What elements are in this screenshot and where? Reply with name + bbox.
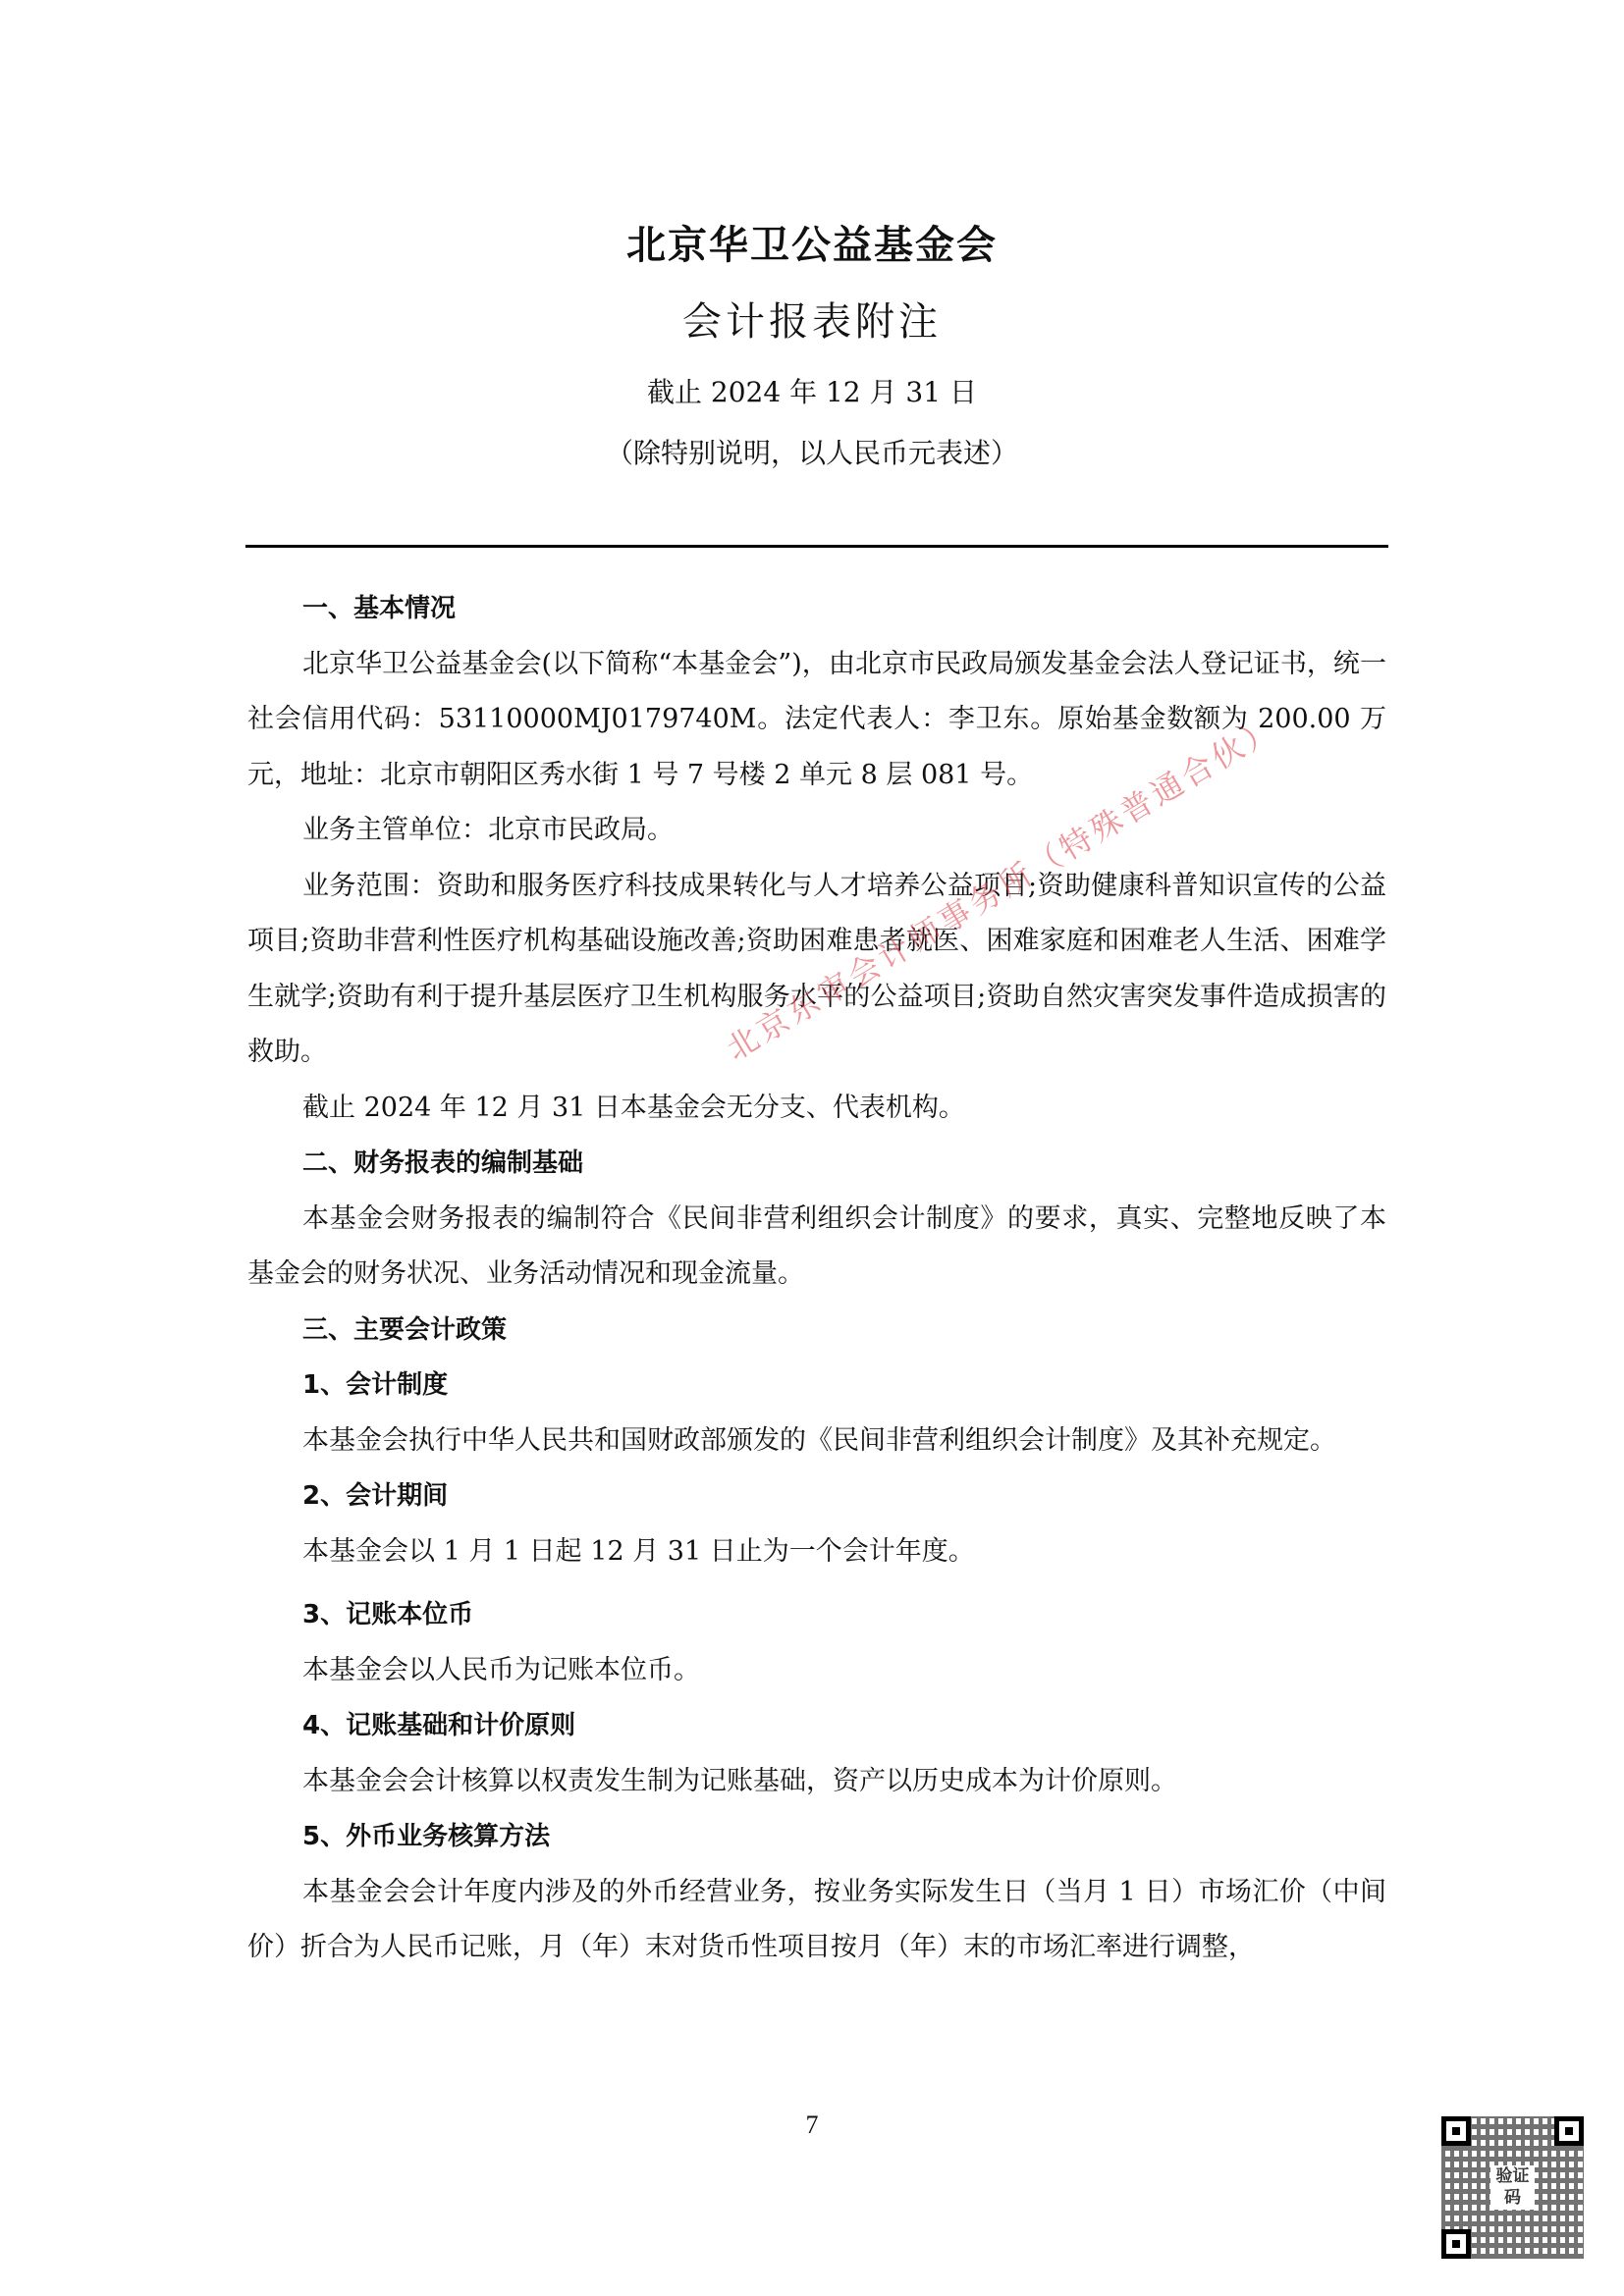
qr-center-label: 验证码 (1490, 2165, 1535, 2210)
paragraph-functional-currency: 本基金会以人民币为记账本位币。 (247, 1643, 1386, 1699)
paragraph-accounting-period: 本基金会以 1 月 1 日起 12 月 31 日止为一个会计年度。 (247, 1524, 1386, 1580)
section-heading-basis: 二、财务报表的编制基础 (247, 1136, 1386, 1192)
verification-qr-code[interactable]: 验证码 (1441, 2116, 1584, 2259)
paragraph-accounting-system: 本基金会执行中华人民共和国财政部颁发的《民间非营利组织会计制度》及其补充规定。 (247, 1414, 1386, 1469)
document-title: 会计报表附注 (0, 291, 1624, 347)
section-heading-basic-info: 一、基本情况 (247, 581, 1386, 637)
qr-finder-icon (1441, 2229, 1471, 2259)
as-of-date: 截止 2024 年 12 月 31 日 (0, 371, 1624, 410)
subheading-accounting-basis: 4、记账基础和计价原则 (247, 1698, 1386, 1754)
page-number: 7 (0, 2110, 1624, 2140)
document-page: 北京华卫公益基金会 会计报表附注 截止 2024 年 12 月 31 日 （除特… (0, 0, 1624, 2296)
section-heading-policies: 三、主要会计政策 (247, 1303, 1386, 1359)
subheading-accounting-period: 2、会计期间 (247, 1468, 1386, 1524)
qr-finder-icon (1554, 2116, 1584, 2146)
paragraph-basis: 本基金会财务报表的编制符合《民间非营利组织会计制度》的要求，真实、完整地反映了本… (247, 1192, 1386, 1303)
paragraph-business-scope: 业务范围：资助和服务医疗科技成果转化与人才培养公益项目;资助健康科普知识宣传的公… (247, 859, 1386, 1081)
header-divider (245, 545, 1388, 548)
currency-note: （除特别说明，以人民币元表述） (0, 432, 1624, 471)
qr-finder-icon (1441, 2116, 1471, 2146)
paragraph-foreign-currency: 本基金会会计年度内涉及的外币经营业务，按业务实际发生日（当月 1 日）市场汇价（… (247, 1865, 1386, 1976)
subheading-accounting-system: 1、会计制度 (247, 1358, 1386, 1414)
paragraph-org-registration: 北京华卫公益基金会(以下简称“本基金会”)，由北京市民政局颁发基金会法人登记证书… (247, 637, 1386, 804)
subheading-functional-currency: 3、记账本位币 (247, 1587, 1386, 1643)
paragraph-branches: 截止 2024 年 12 月 31 日本基金会无分支、代表机构。 (247, 1081, 1386, 1137)
paragraph-supervisor: 业务主管单位：北京市民政局。 (247, 803, 1386, 859)
document-body: 一、基本情况 北京华卫公益基金会(以下简称“本基金会”)，由北京市民政局颁发基金… (247, 581, 1386, 1976)
org-name-title: 北京华卫公益基金会 (0, 214, 1624, 270)
paragraph-accounting-basis: 本基金会会计核算以权责发生制为记账基础，资产以历史成本为计价原则。 (247, 1754, 1386, 1810)
subheading-foreign-currency: 5、外币业务核算方法 (247, 1809, 1386, 1865)
